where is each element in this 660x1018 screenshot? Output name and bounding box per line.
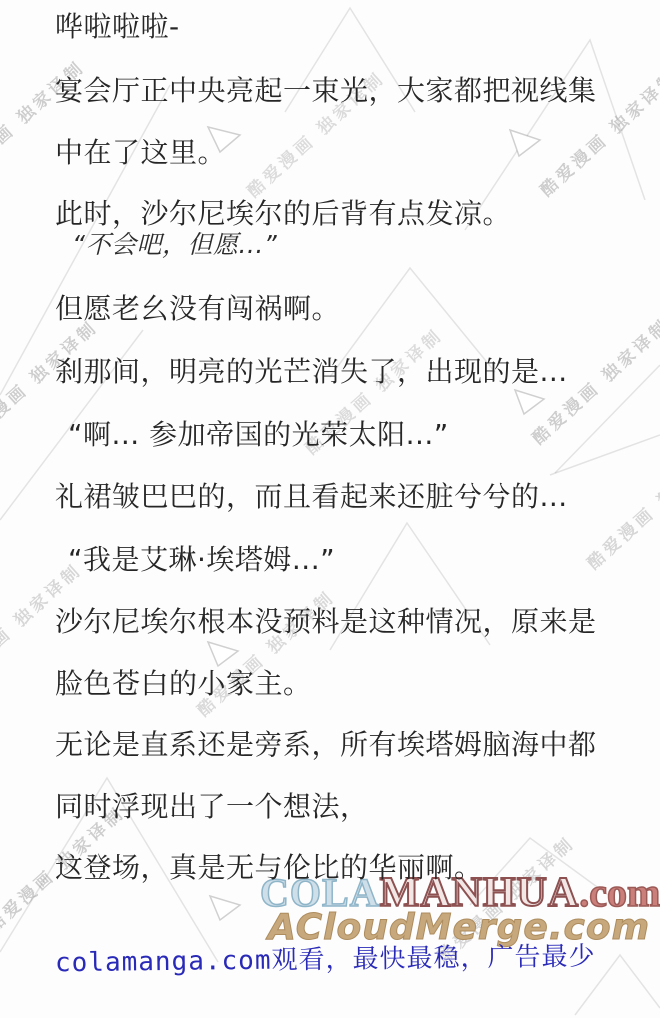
novel-line: 哗啦啦啦- [55, 10, 180, 44]
novel-line: 脸色苍白的小家主。 [55, 667, 312, 701]
novel-line: 这登场，真是无与伦比的华丽啊。 [55, 851, 483, 885]
novel-line: 此时，沙尔尼埃尔的后背有点发凉。 [55, 197, 511, 231]
novel-line: 礼裙皱巴巴的，而且看起来还脏兮兮的... [55, 480, 568, 514]
novel-line-quote: “我是艾琳·埃塔姆...” [68, 543, 335, 577]
novel-line: 刹那间，明亮的光芒消失了，出现的是... [55, 355, 568, 389]
novel-line: 宴会厅正中央亮起一束光，大家都把视线集 [55, 74, 597, 108]
novel-line: 但愿老幺没有闯祸啊。 [55, 292, 340, 326]
novel-line: 中在了这里。 [55, 136, 226, 170]
acloudmerge-logo: ACloudMerge.com [268, 910, 650, 946]
promo-text: colamanga.com观看，最快最稳，广告最少 [55, 943, 596, 978]
triangle-outline [550, 435, 660, 475]
comic-text-page: 酷爱漫画 独家译制 酷爱漫画 独家译制 酷爱漫画 独家译制 酷爱漫画 独家译制 … [0, 0, 660, 1018]
paper-plane-icon [510, 130, 540, 156]
paper-plane-icon [515, 390, 544, 414]
novel-line-quote-italic: “不会吧，但愿...” [72, 230, 277, 260]
novel-line: 同时浮现出了一个想法， [55, 790, 369, 824]
novel-line: 无论是直系还是旁系，所有埃塔姆脑海中都 [55, 728, 597, 762]
paper-plane-icon [210, 896, 240, 920]
novel-line-quote: “啊... 参加帝国的光荣太阳...” [68, 418, 449, 452]
novel-line: 沙尔尼埃尔根本没预料是这种情况，原来是 [55, 605, 597, 639]
